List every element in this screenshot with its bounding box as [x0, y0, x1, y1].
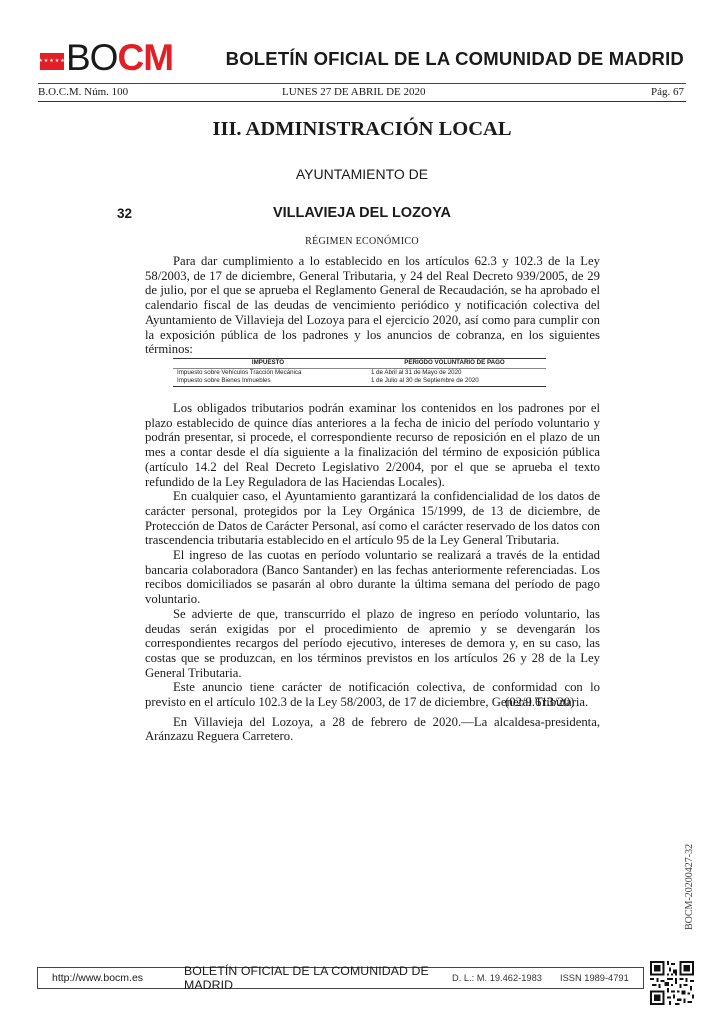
header-rule-top	[38, 83, 686, 84]
table-header-row: IMPUESTO PERIODO VOLUNTARIO DE PAGO	[173, 359, 546, 369]
document-code: BOCM-20200427-32	[684, 844, 695, 930]
subject-heading: RÉGIMEN ECONÓMICO	[0, 236, 724, 247]
municipality-title: VILLAVIEJA DEL LOZOYA	[0, 205, 724, 221]
paragraph: El ingreso de las cuotas en período volu…	[145, 548, 600, 607]
table-cell-period: 1 de Abril al 31 de Mayo de 2020	[367, 369, 546, 378]
column-header-tax: IMPUESTO	[173, 359, 363, 368]
table-row: Impuesto sobre Bienes Inmuebles 1 de Jul…	[173, 377, 546, 386]
tax-calendar-table: IMPUESTO PERIODO VOLUNTARIO DE PAGO Impu…	[173, 358, 546, 387]
paragraph: Los obligados tributarios podrán examina…	[145, 401, 600, 489]
logo-text-bo: BO	[66, 42, 117, 74]
masthead-title: BOLETÍN OFICIAL DE LA COMUNIDAD DE MADRI…	[226, 48, 684, 70]
signature-paragraph: En Villavieja del Lozoya, a 28 de febrer…	[145, 715, 600, 744]
footer-bar: http://www.bocm.es BOLETÍN OFICIAL DE LA…	[37, 967, 644, 989]
page-number: Pág. 67	[651, 86, 684, 98]
header-rule-bottom	[38, 101, 686, 102]
intro-paragraph: Para dar cumplimiento a lo establecido e…	[145, 254, 600, 357]
column-header-period: PERIODO VOLUNTARIO DE PAGO	[363, 359, 546, 368]
table-cell-tax: Impuesto sobre Vehículos Tracción Mecáni…	[173, 369, 367, 378]
paragraph: En cualquier caso, el Ayuntamiento garan…	[145, 489, 600, 548]
body-paragraphs: Los obligados tributarios podrán examina…	[145, 401, 600, 744]
footer-title: BOLETÍN OFICIAL DE LA COMUNIDAD DE MADRI…	[184, 964, 452, 992]
entity-prefix: AYUNTAMIENTO DE	[0, 166, 724, 182]
footer-url-link[interactable]: http://www.bocm.es	[38, 972, 184, 984]
issue-date: LUNES 27 DE ABRIL DE 2020	[282, 86, 426, 98]
section-title: III. ADMINISTRACIÓN LOCAL	[0, 118, 724, 141]
bocm-logo: ★★★★★★★ BOCM	[40, 42, 173, 74]
table-row: Impuesto sobre Vehículos Tracción Mecáni…	[173, 369, 546, 378]
madrid-stars-flag-icon: ★★★★★★★	[40, 53, 64, 70]
logo-text-cm: CM	[117, 42, 173, 74]
legal-deposit: D. L.: M. 19.462-1983	[452, 973, 560, 983]
paragraph: Se advierte de que, transcurrido el plaz…	[145, 607, 600, 681]
document-reference: (02/9.613/20)	[505, 695, 574, 710]
table-cell-period: 1 de Julio al 30 de Septiembre de 2020	[367, 377, 546, 386]
table-cell-tax: Impuesto sobre Bienes Inmuebles	[173, 377, 367, 386]
issue-number: B.O.C.M. Núm. 100	[38, 86, 128, 98]
issn: ISSN 1989-4791	[560, 973, 629, 983]
qr-code-icon	[650, 961, 694, 1005]
